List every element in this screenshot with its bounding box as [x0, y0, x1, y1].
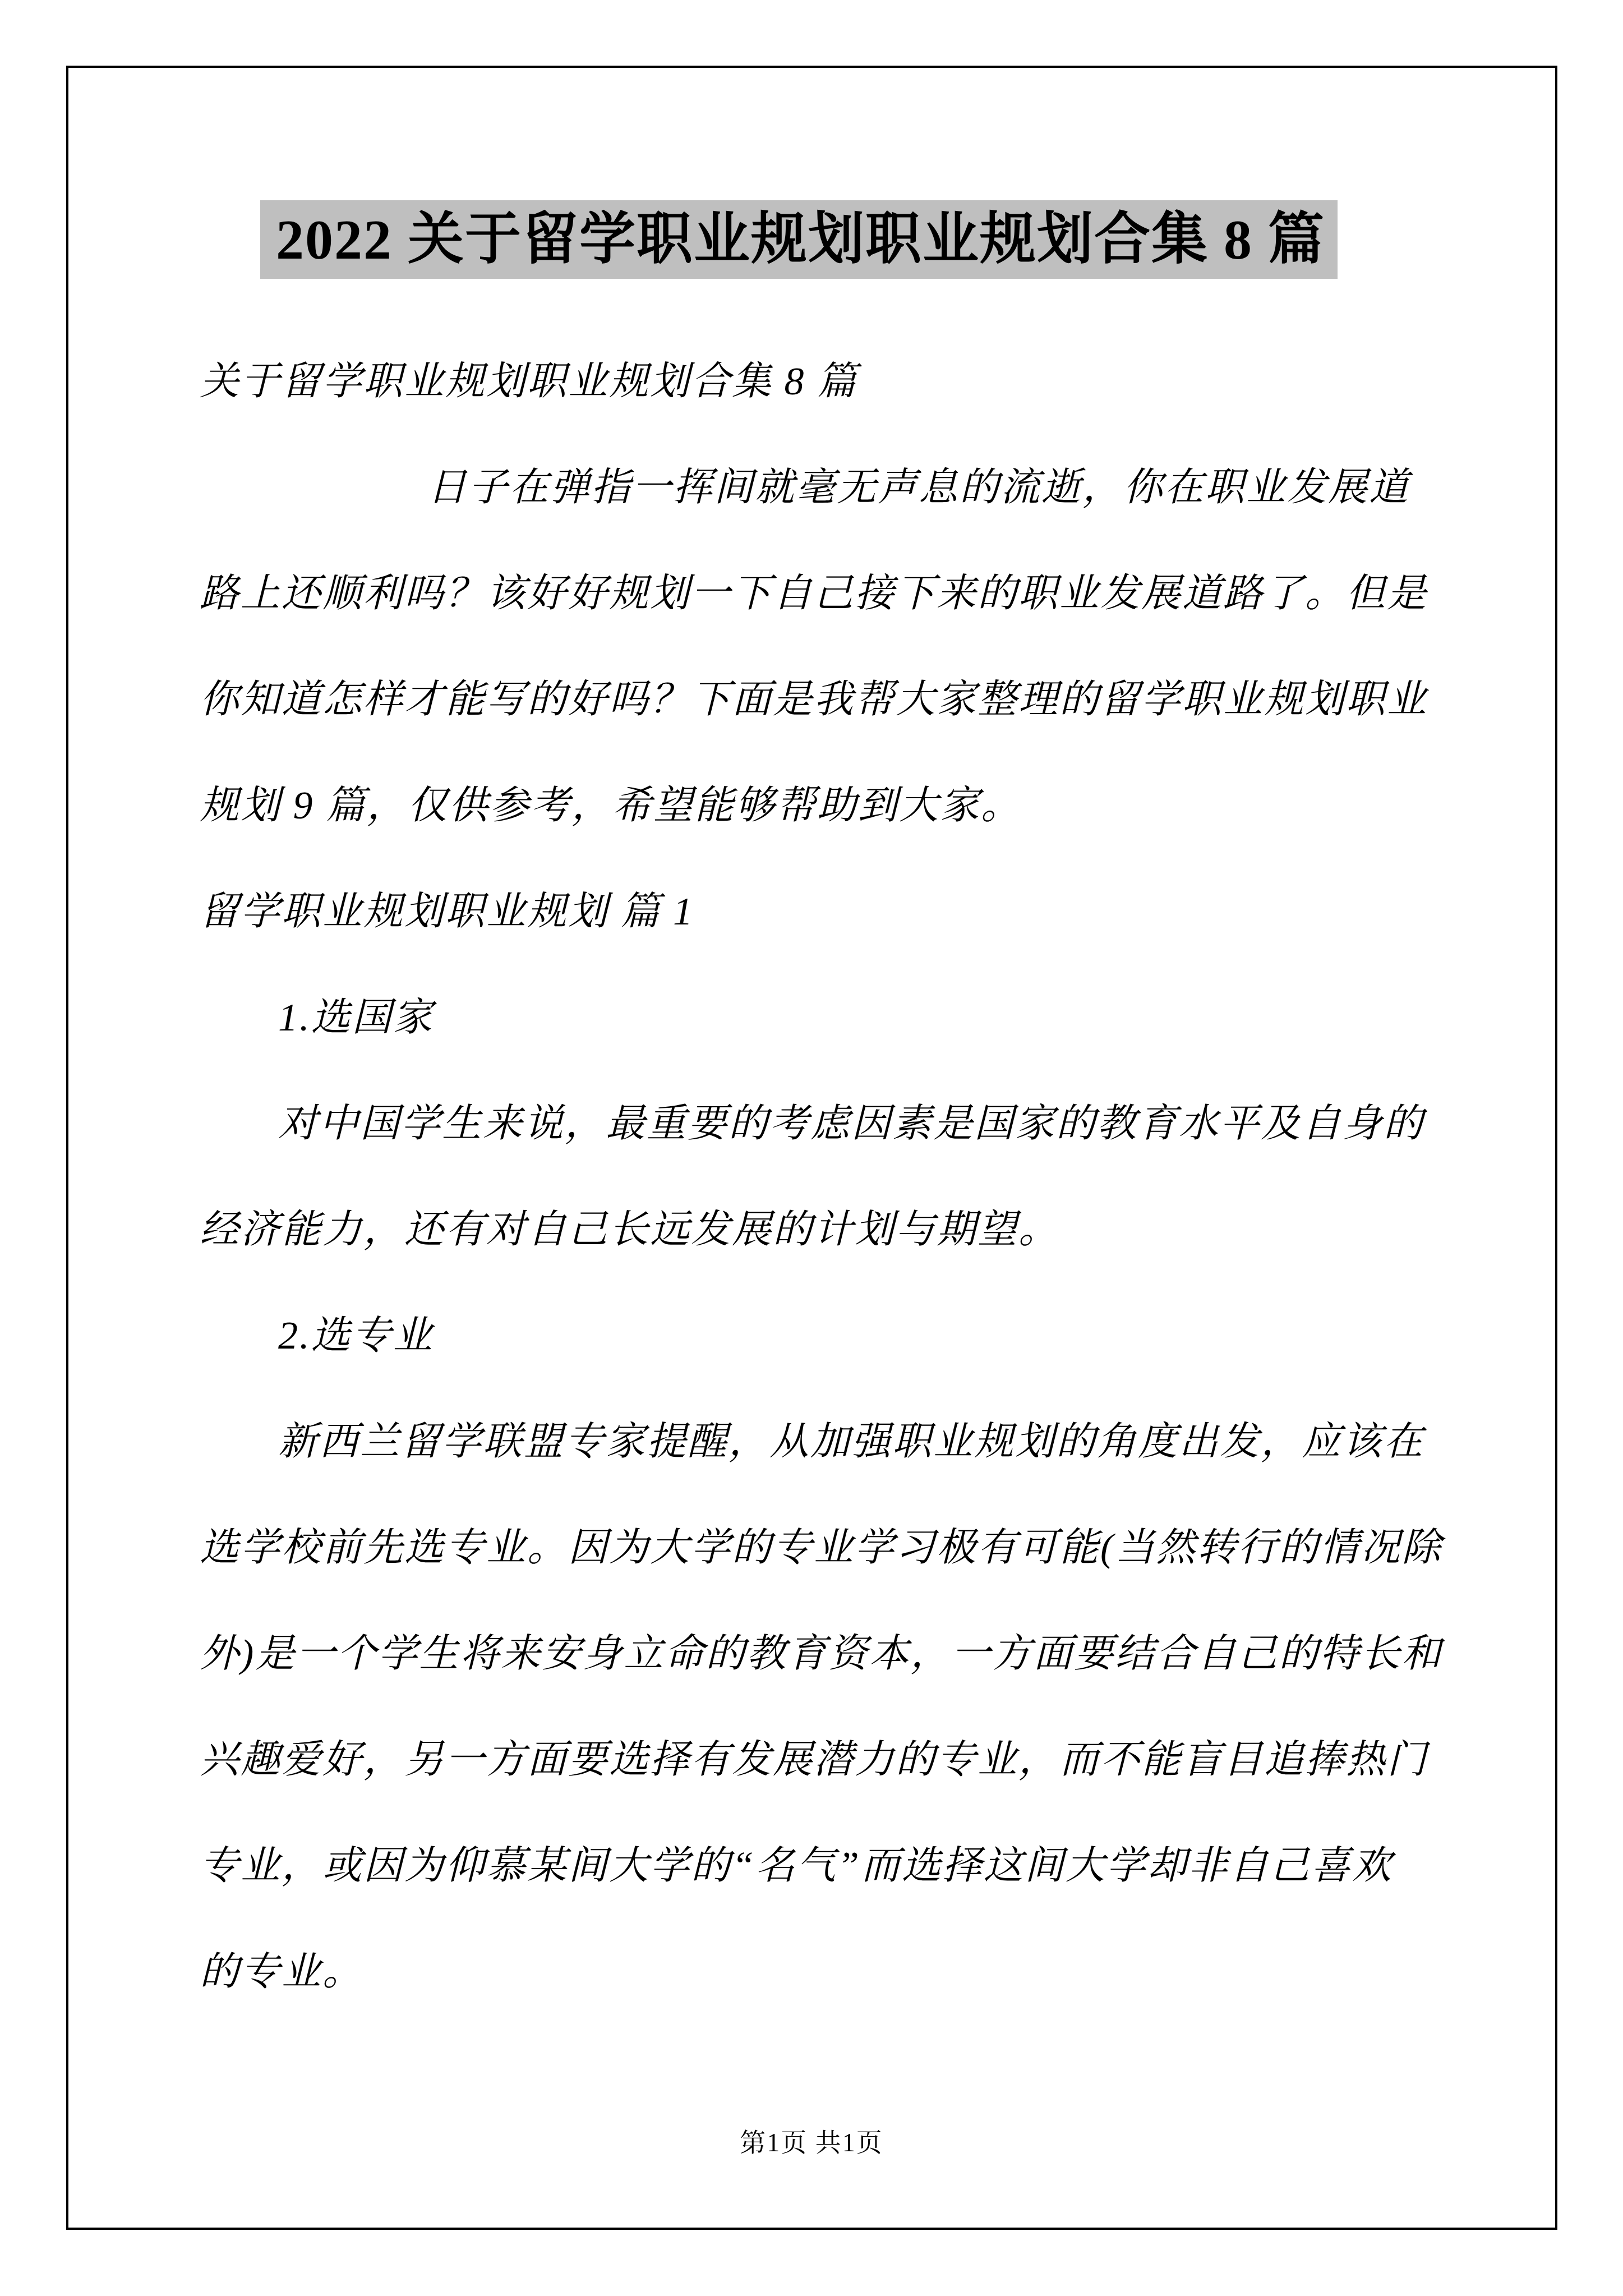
text-line: 你知道怎样才能写的好吗？下面是我帮大家整理的留学职业规划职业 [200, 647, 1456, 753]
document-page: 2022 关于留学职业规划职业规划合集 8 篇 关于留学职业规划职业规划合集 8… [0, 0, 1623, 2296]
document-title: 2022 关于留学职业规划职业规划合集 8 篇 [260, 200, 1338, 279]
text-line: 新西兰留学联盟专家提醒，从加强职业规划的角度出发，应该在 [278, 1389, 1456, 1495]
text-line: 兴趣爱好，另一方面要选择有发展潜力的专业，而不能盲目追捧热门 [200, 1707, 1456, 1813]
text-line: 1.选国家 [278, 965, 1456, 1071]
document-body: 关于留学职业规划职业规划合集 8 篇日子在弹指一挥间就毫无声息的流逝，你在职业发… [200, 329, 1456, 2025]
text-line: 对中国学生来说，最重要的考虑因素是国家的教育水平及自身的 [278, 1071, 1456, 1177]
text-line: 专业，或因为仰慕某间大学的“名气”而选择这间大学却非自己喜欢 [200, 1813, 1456, 1919]
text-line: 的专业。 [200, 1919, 1456, 2025]
text-line: 关于留学职业规划职业规划合集 8 篇 [200, 329, 1456, 435]
text-line: 经济能力，还有对自己长远发展的计划与期望。 [200, 1177, 1456, 1283]
page-footer: 第1页 共1页 [0, 2129, 1623, 2157]
title-highlight: 2022 关于留学职业规划职业规划合集 8 篇 [260, 200, 1338, 279]
text-line: 规划 9 篇，仅供参考，希望能够帮助到大家。 [200, 753, 1456, 859]
text-line: 日子在弹指一挥间就毫无声息的流逝，你在职业发展道 [427, 435, 1456, 541]
text-line: 留学职业规划职业规划 篇 1 [200, 859, 1456, 965]
text-line: 2.选专业 [278, 1283, 1456, 1389]
text-line: 路上还顺利吗？该好好规划一下自己接下来的职业发展道路了。但是 [200, 541, 1456, 647]
text-line: 外)是一个学生将来安身立命的教育资本，一方面要结合自己的特长和 [200, 1601, 1456, 1707]
text-line: 选学校前先选专业。因为大学的专业学习极有可能(当然转行的情况除 [200, 1495, 1456, 1601]
